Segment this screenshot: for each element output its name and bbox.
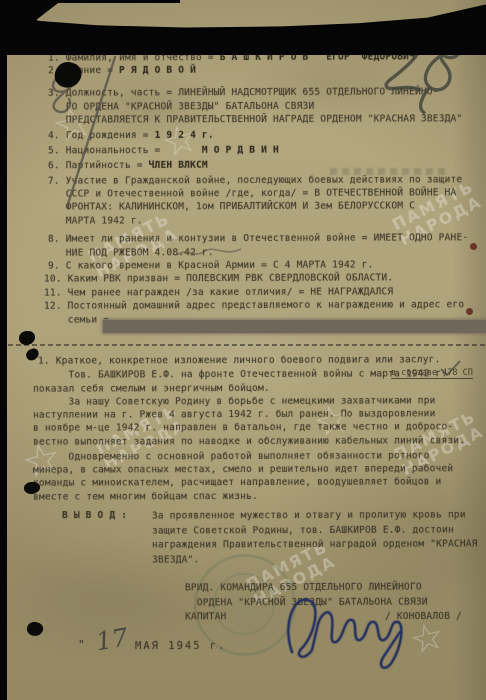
field-army-since: 9. С какого времени в Красной Армии = С …: [48, 258, 374, 272]
conclusion-label: В Ы В О Д :: [62, 509, 127, 522]
field-drafted-by: 10. Каким РВК призван = ПОЛЕВСКИМ РВК СВ…: [44, 271, 393, 285]
conclusion-text: За проявленное мужество и отвагу и проли…: [152, 508, 478, 567]
field-value: ЧЛЕН ВЛКСМ: [149, 160, 208, 171]
field-value: Р Я Д О В О Й: [119, 65, 196, 76]
field-value: М О Р Д В И Н: [166, 145, 279, 156]
red-ink-dot: [466, 308, 473, 315]
feat-paragraph: Одновременно с основной работой выполняе…: [33, 449, 453, 503]
signature-ink: [268, 584, 428, 679]
document-scan: ☆ ☆ ☆ ☆ ☆ ПАМЯТЬ НАРОДА ПАМЯТЬ НАРОДА ПА…: [0, 0, 486, 700]
field-previous-awards: 11. Чем ранее награжден /за какие отличи…: [44, 285, 393, 299]
feat-paragraph: За нашу Советскую Родину в борьбе с неме…: [33, 394, 465, 448]
date-line: ": [78, 638, 85, 651]
feat-section-heading: 1. Краткое, конкретное изложение личного…: [38, 353, 441, 368]
field-value: 1 9 2 4 г.: [155, 130, 214, 141]
quote-mark: ": [78, 638, 85, 651]
scan-edge: [0, 0, 7, 700]
pencil-note: [175, 245, 245, 259]
scan-edge: [0, 0, 180, 3]
check-mark: [440, 360, 462, 378]
section-divider: [0, 344, 486, 346]
redaction-bar: [103, 320, 486, 333]
feat-paragraph: Тов. БАШКИРОВ Е.Ф. на фронте Отечественн…: [33, 367, 447, 395]
red-ink-dot: [470, 243, 477, 250]
handwritten-day: 17: [94, 623, 130, 657]
field-wounds: 8. Имеет ли ранения и контузии в Отечест…: [48, 231, 468, 259]
